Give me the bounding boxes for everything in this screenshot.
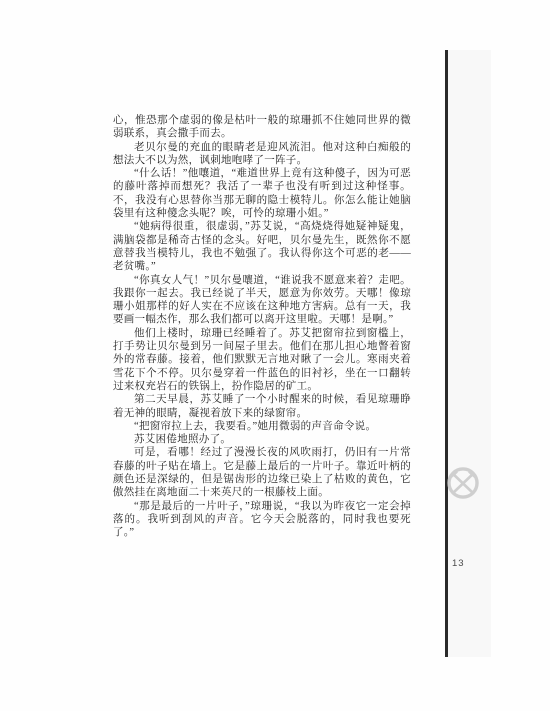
paragraph: 苏艾困倦地照办了。 — [113, 433, 411, 446]
paragraph: “她病得很重，很虚弱，”苏艾说，“高烧烧得她疑神疑鬼，满脑袋都是稀奇古怪的念头。… — [113, 220, 411, 273]
paragraph: “你真女人气！”贝尔曼嚷道，“谁说我不愿意来着？走吧。我跟你一起去。我已经说了半… — [113, 274, 411, 327]
paragraph: “把窗帘拉上去，我要看。”她用微弱的声音命令说。 — [113, 420, 411, 433]
text-block: 心，惟恐那个虚弱的像是枯叶一般的琼珊抓不住她同世界的微弱联系，真会撒手而去。 老… — [113, 114, 411, 540]
paragraph: 他们上楼时，琼珊已经睡着了。苏艾把窗帘拉到窗槛上，打手势让贝尔曼到另一间屋子里去… — [113, 327, 411, 393]
binding-edge-line — [445, 50, 448, 657]
paragraph: 老贝尔曼的充血的眼睛老是迎风流泪。他对这种白痴般的想法大不以为然，讽刺地咆哮了一… — [113, 141, 411, 168]
book-page: 心，惟恐那个虚弱的像是枯叶一般的琼珊抓不住她同世界的微弱联系，真会撒手而去。 老… — [0, 0, 550, 711]
paragraph: 第二天早晨，苏艾睡了一个小时醒来的时候，看见琼珊睁着无神的眼睛，凝视着放下来的绿… — [113, 393, 411, 420]
page-number: 13 — [452, 558, 465, 569]
paragraph: 可是，看哪！经过了漫漫长夜的风吹雨打，仍旧有一片常春藤的叶子贴在墙上。它是藤上最… — [113, 446, 411, 499]
paragraph: “那是最后的一片叶子，”琼珊说，“我以为昨夜它一定会掉落的。我听到刮风的声音。它… — [113, 500, 411, 540]
paragraph: 心，惟恐那个虚弱的像是枯叶一般的琼珊抓不住她同世界的微弱联系，真会撒手而去。 — [113, 114, 411, 141]
watermark-stamp-icon — [446, 466, 480, 500]
paragraph: “什么话！”他嚷道，“难道世界上竟有这种傻子，因为可恶的藤叶落掉而想死？我活了一… — [113, 167, 411, 220]
